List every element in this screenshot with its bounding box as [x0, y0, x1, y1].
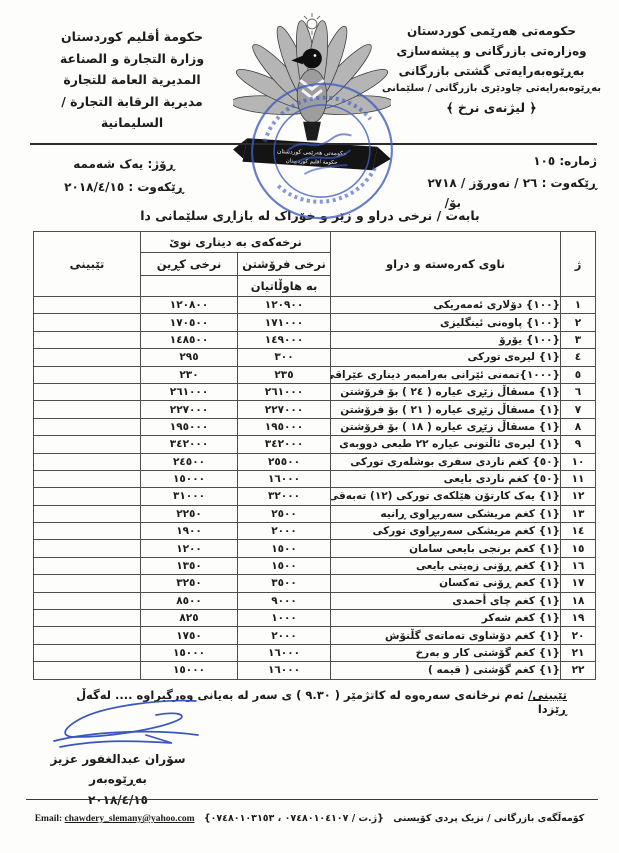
table-row: ١٧ {١} كغم ڕۆنى تەكسان ٣٥٠٠ ٣٢٥٠ [34, 575, 596, 592]
row-number: ١١ [561, 470, 596, 487]
commodity-name: {١٠٠} پاوەنى ئینگلیزى [331, 314, 561, 331]
row-number: ٧ [561, 401, 596, 418]
table-row: ١٨ {١} كغم چاى أحمدى ٩٠٠٠ ٨٥٠٠ [34, 592, 596, 609]
sell-price: ٣٠٠ [238, 349, 331, 366]
row-number: ٢ [561, 314, 596, 331]
commodity-name: {١٠٠} یۆرۆ [331, 331, 561, 348]
col-header-buy: نرخى كڕین [141, 253, 238, 276]
sell-price: ١٦٠٠٠ [238, 644, 331, 661]
buy-price: ٢٢٧٠٠٠ [141, 401, 238, 418]
row-number: ١ [561, 297, 596, 314]
col-header-notes: تێبینى [34, 232, 141, 297]
buy-price: ٢٤٥٠٠ [141, 453, 238, 470]
table-row: ١٣ {١} كغم مریشكى سەربڕاوى ڕانیە ٢٥٠٠ ٢٢… [34, 505, 596, 522]
header-arabic-line: حكومة أقليم كوردستان [28, 26, 236, 48]
table-row: ٢٢ {١} كغم گۆشتى ( قیمە ) ١٦٠٠٠ ١٥٠٠٠ [34, 662, 596, 679]
commodity-name: {١٠٠٠}تمەنى ئێرانى بەرامبەر دینارى عێراق… [331, 366, 561, 383]
commodity-name: {١} كغم گۆشتى ( قیمە ) [331, 662, 561, 679]
commodity-name: {١} كغم برنجى بایعى سامان [331, 540, 561, 557]
commodity-name: {١} مسقاڵ زێڕى عیارە ( ٢١ ) بۆ فرۆشتن [331, 401, 561, 418]
row-note [34, 349, 141, 366]
commodity-name: {١} كغم مریشكى سەربڕاوى ڕانیە [331, 505, 561, 522]
commodity-name: {١} كغم ڕۆنى تەكسان [331, 575, 561, 592]
table-row: ٥ {١٠٠٠}تمەنى ئێرانى بەرامبەر دینارى عێر… [34, 366, 596, 383]
sell-price: ١٥٠٠ [238, 557, 331, 574]
footer-phones: {ژ.ت / ٠٧٤٨٠١٠٤١٠٧ ، ٠٧٤٨٠١٠٣١٥٣} [204, 813, 384, 824]
header-kurdish-block: حكومەتى هەرێمى كوردستان وەزارەتى بازرگان… [374, 22, 609, 119]
buy-price: ١٥٠٠٠ [141, 662, 238, 679]
price-table: ژ ناوى كەرەستە و دراو نرخەكەى بە دینارى … [33, 231, 596, 680]
table-row: ١٢ {١} یەک كارتۆن هێلكەى توركى (١٢) تەبە… [34, 488, 596, 505]
commodity-name: {١} كغم گۆشتى كار و بەرخ [331, 644, 561, 661]
row-note [34, 610, 141, 627]
sell-price: ١٦٠٠٠ [238, 470, 331, 487]
sell-price: ١٧١٠٠٠ [238, 314, 331, 331]
table-row: ٧ {١} مسقاڵ زێڕى عیارە ( ٢١ ) بۆ فرۆشتن … [34, 401, 596, 418]
row-number: ٢٠ [561, 627, 596, 644]
footer-divider [26, 799, 598, 800]
header-divider [30, 143, 597, 145]
buy-price: ٢٣٠ [141, 366, 238, 383]
commodity-name: {١} مسقاڵ زێڕى عیارە ( ٢٤ ) بۆ فرۆشتن [331, 383, 561, 400]
sell-price: ٢٠٠٠ [238, 523, 331, 540]
row-note [34, 488, 141, 505]
commodity-name: {١} كغم چاى أحمدى [331, 592, 561, 609]
row-number: ١٤ [561, 523, 596, 540]
footnote-label: تێبینى/ [528, 688, 567, 702]
table-row: ٦ {١} مسقاڵ زێڕى عیارە ( ٢٤ ) بۆ فرۆشتن … [34, 383, 596, 400]
row-note [34, 331, 141, 348]
row-number: ٤ [561, 349, 596, 366]
row-note [34, 662, 141, 679]
document-date-kurdish: ڕێكەوت : ٢٦ / نەورۆز / ٢٧١٨ [362, 172, 597, 194]
sell-price: ٢٦١٠٠٠ [238, 383, 331, 400]
footer-address: كۆمەڵگەى بازرگانى / نزیک پردى كۆیسنى [393, 813, 584, 824]
price-table-header: ژ ناوى كەرەستە و دراو نرخەكەى بە دینارى … [34, 232, 596, 297]
sell-price: ٢٢٧٠٠٠ [238, 401, 331, 418]
col-header-no: ژ [561, 232, 596, 297]
row-note [34, 540, 141, 557]
sell-price: ١٥٠٠ [238, 540, 331, 557]
commodity-name: {١} كغم مریشكى سەربڕاوى توركى [331, 523, 561, 540]
col-header-name: ناوى كەرەستە و دراو [331, 232, 561, 297]
buy-price: ٣١٠٠٠ [141, 488, 238, 505]
row-number: ١٢ [561, 488, 596, 505]
row-number: ٢٢ [561, 662, 596, 679]
row-number: ١٠ [561, 453, 596, 470]
buy-price: ٢٢٥٠ [141, 505, 238, 522]
scanned-price-list-document: حكومەتى هەرێمى كوردستان وەزارەتى بازرگان… [0, 0, 619, 853]
table-row: ١ {١٠٠} دۆلارى ئەمەریكى ١٢٠٩٠٠ ١٢٠٨٠٠ [34, 297, 596, 314]
document-date-gregorian: ڕێكەوت : ٢٠١٨/٤/١٥ [30, 176, 218, 199]
table-row: ١٥ {١} كغم برنجى بایعى سامان ١٥٠٠ ١٢٠٠ [34, 540, 596, 557]
row-note [34, 627, 141, 644]
commodity-name: {١} مسقاڵ زێڕى عیارە ( ١٨ ) بۆ فرۆشتن [331, 418, 561, 435]
sell-price: ١٦٠٠٠ [238, 662, 331, 679]
row-number: ٩ [561, 436, 596, 453]
buy-price: ١٤٨٥٠٠ [141, 331, 238, 348]
commodity-name: {٥٠} كغم ناردى سفرى بوشلەرى توركى [331, 453, 561, 470]
row-number: ٣ [561, 331, 596, 348]
commodity-name: {١} لیرەى ئاڵتونى عیارە ٢٢ طبعى دووبەى [331, 436, 561, 453]
col-header-sell: نرخى فرۆشتن [238, 253, 331, 276]
commodity-name: {١} كغم ڕۆنى زەیتى بایعى [331, 557, 561, 574]
sell-price: ٣٢٠٠٠ [238, 488, 331, 505]
header-kurdish-line: بەڕێوەبەرایەتى گشتى بازرگانى [374, 62, 609, 82]
commodity-name: {٥٠} كغم ناردى بایعى [331, 470, 561, 487]
buy-price: ٢٦١٠٠٠ [141, 383, 238, 400]
row-number: ١٩ [561, 610, 596, 627]
sell-price: ٩٠٠٠ [238, 592, 331, 609]
sell-price: ٣٥٠٠ [238, 575, 331, 592]
table-row: ٢٠ {١} كغم دۆشاوى تەماتەى گڵنۆش ٢٠٠٠ ١٧٥… [34, 627, 596, 644]
row-number: ١٥ [561, 540, 596, 557]
footer-email: Email: chawdery_slemany@yahoo.com [35, 814, 195, 824]
row-note [34, 644, 141, 661]
row-note [34, 297, 141, 314]
buy-price: ١٧٥٠ [141, 627, 238, 644]
header-arabic-block: حكومة أقليم كوردستان وزارة التجارة و الص… [28, 26, 236, 134]
row-note [34, 523, 141, 540]
col-header-price-group: نرخەكەى بە دینارى نوێ [141, 232, 331, 253]
sell-price: ٢٥٥٠٠ [238, 453, 331, 470]
row-note [34, 470, 141, 487]
email-address: chawdery_slemany@yahoo.com [65, 814, 195, 824]
row-number: ١٨ [561, 592, 596, 609]
buy-price: ٨٥٠٠ [141, 592, 238, 609]
buy-price: ٣٤٢٠٠٠ [141, 436, 238, 453]
table-row: ١١ {٥٠} كغم ناردى بایعى ١٦٠٠٠ ١٥٠٠٠ [34, 470, 596, 487]
row-note [34, 314, 141, 331]
row-note [34, 453, 141, 470]
header-kurdish-line: حكومەتى هەرێمى كوردستان [374, 22, 609, 42]
sell-price: ١٤٩٠٠٠ [238, 331, 331, 348]
document-day: ڕۆژ: یەک شەممە [30, 153, 218, 176]
table-row: ٢١ {١} كغم گۆشتى كار و بەرخ ١٦٠٠٠ ١٥٠٠٠ [34, 644, 596, 661]
price-committee-label: ﴿ لیژنەى نرخ ﴾ [374, 98, 609, 119]
commodity-name: {١٠٠} دۆلارى ئەمەریكى [331, 297, 561, 314]
sell-price: ١٢٠٩٠٠ [238, 297, 331, 314]
sell-price: ٢٠٠٠ [238, 627, 331, 644]
signatory-title: بەڕێوەبەر [34, 769, 202, 789]
sell-price: ٢٣٥ [238, 366, 331, 383]
buy-price: ١٩٥٠٠٠ [141, 418, 238, 435]
row-note [34, 383, 141, 400]
buy-price: ٣٢٥٠ [141, 575, 238, 592]
document-number: ژماره: ١٠٥ [362, 150, 597, 172]
table-title: بابەت / نرخى دراو و زێر و خۆراک لە بازاڕ… [40, 208, 580, 223]
buy-price: ١٢٠٨٠٠ [141, 297, 238, 314]
table-row: ١٩ {١} كغم شەكر ١٠٠٠ ٨٢٥ [34, 610, 596, 627]
buy-price: ١٥٠٠٠ [141, 470, 238, 487]
row-number: ١٣ [561, 505, 596, 522]
signature-block: سۆران عبدالغفور عزیز بەڕێوەبەر ٢٠١٨/٤/١٥ [34, 749, 202, 810]
meta-left-block: ڕۆژ: یەک شەممە ڕێكەوت : ٢٠١٨/٤/١٥ [30, 153, 218, 199]
sell-price: ١٩٥٠٠٠ [238, 418, 331, 435]
sell-price: ٢٥٠٠ [238, 505, 331, 522]
row-number: ٦ [561, 383, 596, 400]
header-arabic-line: المديرية العامة للتجارة [28, 69, 236, 91]
meta-right-block: ژماره: ١٠٥ ڕێكەوت : ٢٦ / نەورۆز / ٢٧١٨ [362, 150, 597, 194]
buy-price: ١٧٠٥٠٠ [141, 314, 238, 331]
row-number: ٨ [561, 418, 596, 435]
table-row: ١٦ {١} كغم ڕۆنى زەیتى بایعى ١٥٠٠ ١٣٥٠ [34, 557, 596, 574]
table-row: ١٠ {٥٠} كغم ناردى سفرى بوشلەرى توركى ٢٥٥… [34, 453, 596, 470]
signatory-name: سۆران عبدالغفور عزیز [34, 749, 202, 769]
col-header-sell-sub: بە هاوڵاتیان [238, 276, 331, 297]
buy-price: ١٥٠٠٠ [141, 644, 238, 661]
table-row: ٤ {١} لیرەى توركى ٣٠٠ ٢٩٥ [34, 349, 596, 366]
buy-price: ١٢٠٠ [141, 540, 238, 557]
buy-price: ٢٩٥ [141, 349, 238, 366]
row-number: ٢١ [561, 644, 596, 661]
commodity-name: {١} كغم دۆشاوى تەماتەى گڵنۆش [331, 627, 561, 644]
row-note [34, 575, 141, 592]
header-arabic-line: مديرية الرقابة التجارة / السليمانية [28, 91, 236, 134]
table-row: ٢ {١٠٠} پاوەنى ئینگلیزى ١٧١٠٠٠ ١٧٠٥٠٠ [34, 314, 596, 331]
commodity-name: {١} كغم شەكر [331, 610, 561, 627]
buy-price: ١٣٥٠ [141, 557, 238, 574]
row-note [34, 505, 141, 522]
row-note [34, 557, 141, 574]
table-row: ٩ {١} لیرەى ئاڵتونى عیارە ٢٢ طبعى دووبەى… [34, 436, 596, 453]
row-number: ١٦ [561, 557, 596, 574]
commodity-name: {١} یەک كارتۆن هێلكەى توركى (١٢) تەبەقى [331, 488, 561, 505]
table-row: ١٤ {١} كغم مریشكى سەربڕاوى توركى ٢٠٠٠ ١٩… [34, 523, 596, 540]
handwritten-signature-icon [46, 697, 208, 755]
email-label: Email: [35, 814, 62, 824]
price-table-body: ١ {١٠٠} دۆلارى ئەمەریكى ١٢٠٩٠٠ ١٢٠٨٠٠ ٢ … [34, 297, 596, 680]
footer-contact-line: كۆمەڵگەى بازرگانى / نزیک پردى كۆیسنى {ژ.… [0, 813, 619, 824]
sell-price: ٣٤٢٠٠٠ [238, 436, 331, 453]
commodity-name: {١} لیرەى توركى [331, 349, 561, 366]
buy-price: ١٩٠٠ [141, 523, 238, 540]
row-note [34, 401, 141, 418]
row-note [34, 436, 141, 453]
row-number: ٥ [561, 366, 596, 383]
row-note [34, 592, 141, 609]
table-row: ٣ {١٠٠} یۆرۆ ١٤٩٠٠٠ ١٤٨٥٠٠ [34, 331, 596, 348]
col-header-buy-empty [141, 276, 238, 297]
buy-price: ٨٢٥ [141, 610, 238, 627]
header-kurdish-line: بەڕێوەبەرایەتى چاودێرى بازرگانى / سلێمان… [374, 81, 609, 98]
row-note [34, 418, 141, 435]
header-kurdish-line: وەزارەتى بازرگانى و پیشەسازى [374, 42, 609, 62]
table-row: ٨ {١} مسقاڵ زێڕى عیارە ( ١٨ ) بۆ فرۆشتن … [34, 418, 596, 435]
row-number: ١٧ [561, 575, 596, 592]
header-arabic-line: وزارة التجارة و الصناعة [28, 48, 236, 70]
row-note [34, 366, 141, 383]
sell-price: ١٠٠٠ [238, 610, 331, 627]
